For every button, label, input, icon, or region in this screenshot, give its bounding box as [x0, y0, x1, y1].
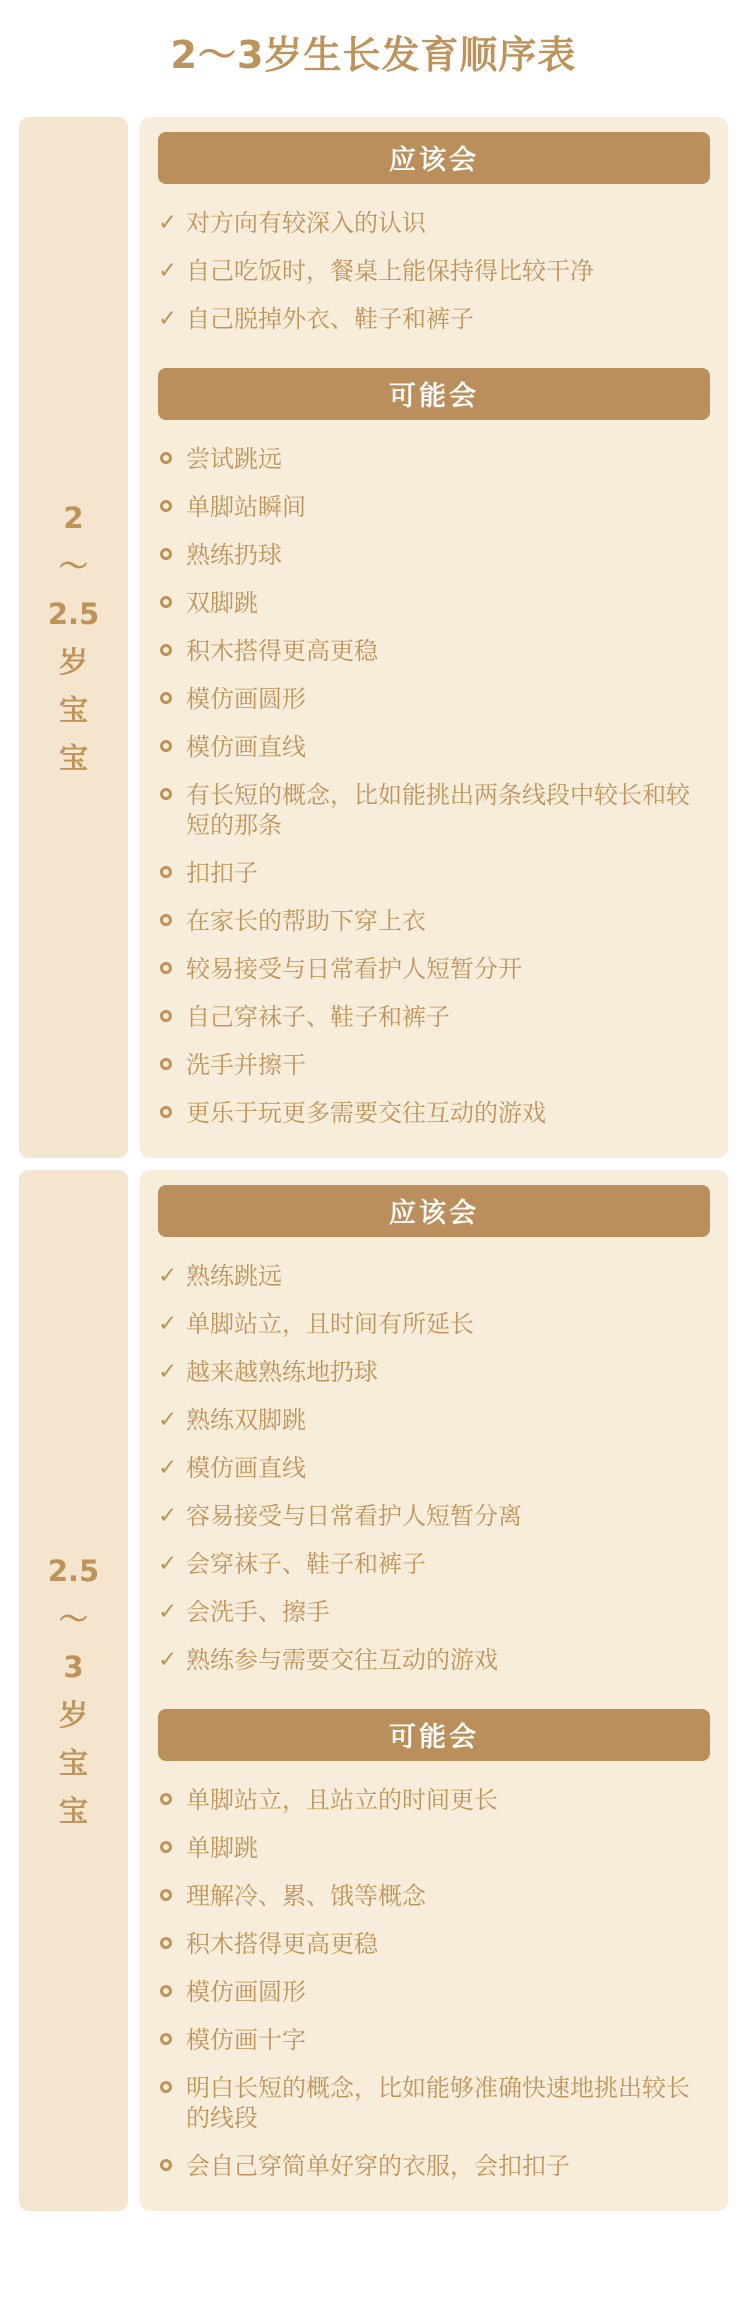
age-label-line: ～	[59, 1595, 88, 1643]
check-icon: ✓	[158, 1549, 186, 1579]
list-item: ✓模仿画直线	[158, 1453, 710, 1483]
list-item-text: 单脚跳	[186, 1833, 710, 1863]
circle-bullet-icon	[158, 2073, 186, 2093]
list-item-text: 明白长短的概念，比如能够准确快速地挑出较长的线段	[186, 2073, 710, 2133]
circle-bullet-icon	[158, 636, 186, 656]
list-item: 模仿画十字	[158, 2025, 710, 2055]
circle-bullet-icon	[158, 684, 186, 704]
list-item-text: 在家长的帮助下穿上衣	[186, 906, 710, 936]
list-item-text: 自己脱掉外衣、鞋子和裤子	[186, 304, 710, 334]
list-item: 理解冷、累、饿等概念	[158, 1881, 710, 1911]
list-item: 模仿画直线	[158, 732, 710, 762]
list-item-text: 尝试跳远	[186, 444, 710, 474]
circle-bullet-icon	[158, 954, 186, 974]
list-item-text: 单脚站立，且站立的时间更长	[186, 1785, 710, 1815]
might-be-able-group: 可能会尝试跳远单脚站瞬间熟练扔球双脚跳积木搭得更高更稳模仿画圆形模仿画直线有长短…	[158, 368, 710, 1128]
circle-bullet-icon	[158, 1785, 186, 1805]
age-label-line: ～	[59, 542, 88, 590]
age-label-line: 宝	[59, 686, 88, 734]
list-item-text: 模仿画圆形	[186, 684, 710, 714]
circle-bullet-icon	[158, 732, 186, 752]
check-icon: ✓	[158, 1501, 186, 1531]
age-label-line: 3	[63, 1643, 83, 1691]
should-be-able-group: 应该会✓熟练跳远✓单脚站立，且时间有所延长✓越来越熟练地扔球✓熟练双脚跳✓模仿画…	[158, 1185, 710, 1675]
group-header: 应该会	[158, 132, 710, 184]
list-item-text: 较易接受与日常看护人短暂分开	[186, 954, 710, 984]
list-item-text: 容易接受与日常看护人短暂分离	[186, 1501, 710, 1531]
list-item: ✓熟练双脚跳	[158, 1405, 710, 1435]
check-icon: ✓	[158, 256, 186, 286]
circle-bullet-icon	[158, 2025, 186, 2045]
list-item-text: 单脚站瞬间	[186, 492, 710, 522]
list-item: 双脚跳	[158, 588, 710, 618]
list-item: 模仿画圆形	[158, 684, 710, 714]
group-header: 应该会	[158, 1185, 710, 1237]
age-section-2: 2.5～3岁宝宝应该会✓熟练跳远✓单脚站立，且时间有所延长✓越来越熟练地扔球✓熟…	[19, 1170, 728, 2211]
page-title: 2～3岁生长发育顺序表	[19, 24, 728, 79]
list-item-text: 自己吃饭时，餐桌上能保持得比较干净	[186, 256, 710, 286]
circle-bullet-icon	[158, 540, 186, 560]
circle-bullet-icon	[158, 2151, 186, 2171]
list-item: 洗手并擦干	[158, 1050, 710, 1080]
list-item-text: 模仿画圆形	[186, 1977, 710, 2007]
list-item-text: 会洗手、擦手	[186, 1597, 710, 1627]
list-item: ✓自己脱掉外衣、鞋子和裤子	[158, 304, 710, 334]
circle-bullet-icon	[158, 1833, 186, 1853]
list-item-text: 积木搭得更高更稳	[186, 636, 710, 666]
circle-bullet-icon	[158, 858, 186, 878]
list-item-text: 扣扣子	[186, 858, 710, 888]
milestone-panel: 应该会✓对方向有较深入的认识✓自己吃饭时，餐桌上能保持得比较干净✓自己脱掉外衣、…	[140, 117, 728, 1158]
list-item-text: 双脚跳	[186, 588, 710, 618]
check-icon: ✓	[158, 1261, 186, 1291]
list-item: 扣扣子	[158, 858, 710, 888]
list-item: ✓自己吃饭时，餐桌上能保持得比较干净	[158, 256, 710, 286]
list-item-text: 更乐于玩更多需要交往互动的游戏	[186, 1098, 710, 1128]
list-item-text: 有长短的概念，比如能挑出两条线段中较长和较短的那条	[186, 780, 710, 840]
list-item-text: 单脚站立，且时间有所延长	[186, 1309, 710, 1339]
circle-bullet-icon	[158, 906, 186, 926]
group-header: 可能会	[158, 1709, 710, 1761]
list-item-text: 熟练双脚跳	[186, 1405, 710, 1435]
list-item: 单脚跳	[158, 1833, 710, 1863]
check-icon: ✓	[158, 1357, 186, 1387]
circle-bullet-icon	[158, 1098, 186, 1118]
sections-container: 2～2.5岁宝宝应该会✓对方向有较深入的认识✓自己吃饭时，餐桌上能保持得比较干净…	[19, 117, 728, 2211]
circle-bullet-icon	[158, 780, 186, 800]
check-icon: ✓	[158, 1597, 186, 1627]
circle-bullet-icon	[158, 444, 186, 464]
list-item: 会自己穿简单好穿的衣服，会扣扣子	[158, 2151, 710, 2181]
list-item: 单脚站瞬间	[158, 492, 710, 522]
circle-bullet-icon	[158, 492, 186, 512]
check-icon: ✓	[158, 1453, 186, 1483]
age-label-sidebar: 2～2.5岁宝宝	[19, 117, 128, 1158]
list-item: 自己穿袜子、鞋子和裤子	[158, 1002, 710, 1032]
age-label-line: 宝	[59, 1787, 88, 1835]
circle-bullet-icon	[158, 1881, 186, 1901]
check-icon: ✓	[158, 1405, 186, 1435]
list-item: 模仿画圆形	[158, 1977, 710, 2007]
should-be-able-group: 应该会✓对方向有较深入的认识✓自己吃饭时，餐桌上能保持得比较干净✓自己脱掉外衣、…	[158, 132, 710, 334]
milestone-infographic: 2～3岁生长发育顺序表 2～2.5岁宝宝应该会✓对方向有较深入的认识✓自己吃饭时…	[0, 0, 750, 2243]
circle-bullet-icon	[158, 1050, 186, 1070]
circle-bullet-icon	[158, 1002, 186, 1022]
list-item: ✓会洗手、擦手	[158, 1597, 710, 1627]
list-item: 积木搭得更高更稳	[158, 636, 710, 666]
list-item: 积木搭得更高更稳	[158, 1929, 710, 1959]
list-item-text: 对方向有较深入的认识	[186, 208, 710, 238]
check-icon: ✓	[158, 1645, 186, 1675]
age-label-line: 2	[63, 494, 83, 542]
circle-bullet-icon	[158, 588, 186, 608]
age-label-line: 宝	[59, 734, 88, 782]
list-item-text: 会穿袜子、鞋子和裤子	[186, 1549, 710, 1579]
list-item: ✓熟练参与需要交往互动的游戏	[158, 1645, 710, 1675]
list-item: 在家长的帮助下穿上衣	[158, 906, 710, 936]
list-item: 明白长短的概念，比如能够准确快速地挑出较长的线段	[158, 2073, 710, 2133]
might-be-able-group: 可能会单脚站立，且站立的时间更长单脚跳理解冷、累、饿等概念积木搭得更高更稳模仿画…	[158, 1709, 710, 2181]
list-item: ✓容易接受与日常看护人短暂分离	[158, 1501, 710, 1531]
list-item: ✓会穿袜子、鞋子和裤子	[158, 1549, 710, 1579]
list-item-text: 熟练跳远	[186, 1261, 710, 1291]
list-item-text: 越来越熟练地扔球	[186, 1357, 710, 1387]
list-item: 单脚站立，且站立的时间更长	[158, 1785, 710, 1815]
group-header: 可能会	[158, 368, 710, 420]
list-item-text: 自己穿袜子、鞋子和裤子	[186, 1002, 710, 1032]
age-label-line: 岁	[59, 638, 88, 686]
age-label-line: 宝	[59, 1739, 88, 1787]
check-icon: ✓	[158, 1309, 186, 1339]
list-item: 熟练扔球	[158, 540, 710, 570]
circle-bullet-icon	[158, 1929, 186, 1949]
list-item: ✓越来越熟练地扔球	[158, 1357, 710, 1387]
milestone-panel: 应该会✓熟练跳远✓单脚站立，且时间有所延长✓越来越熟练地扔球✓熟练双脚跳✓模仿画…	[140, 1170, 728, 2211]
list-item: 尝试跳远	[158, 444, 710, 474]
check-icon: ✓	[158, 304, 186, 334]
check-icon: ✓	[158, 208, 186, 238]
list-item: 更乐于玩更多需要交往互动的游戏	[158, 1098, 710, 1128]
list-item-text: 模仿画直线	[186, 1453, 710, 1483]
list-item-text: 洗手并擦干	[186, 1050, 710, 1080]
age-label-sidebar: 2.5～3岁宝宝	[19, 1170, 128, 2211]
list-item-text: 熟练参与需要交往互动的游戏	[186, 1645, 710, 1675]
circle-bullet-icon	[158, 1977, 186, 1997]
age-label-line: 岁	[59, 1691, 88, 1739]
list-item: ✓熟练跳远	[158, 1261, 710, 1291]
list-item: ✓单脚站立，且时间有所延长	[158, 1309, 710, 1339]
age-section-1: 2～2.5岁宝宝应该会✓对方向有较深入的认识✓自己吃饭时，餐桌上能保持得比较干净…	[19, 117, 728, 1158]
list-item: 有长短的概念，比如能挑出两条线段中较长和较短的那条	[158, 780, 710, 840]
list-item: 较易接受与日常看护人短暂分开	[158, 954, 710, 984]
list-item-text: 积木搭得更高更稳	[186, 1929, 710, 1959]
age-label-line: 2.5	[48, 590, 99, 638]
list-item-text: 理解冷、累、饿等概念	[186, 1881, 710, 1911]
age-label-line: 2.5	[48, 1547, 99, 1595]
list-item-text: 模仿画十字	[186, 2025, 710, 2055]
list-item-text: 模仿画直线	[186, 732, 710, 762]
list-item: ✓对方向有较深入的认识	[158, 208, 710, 238]
list-item-text: 熟练扔球	[186, 540, 710, 570]
list-item-text: 会自己穿简单好穿的衣服，会扣扣子	[186, 2151, 710, 2181]
